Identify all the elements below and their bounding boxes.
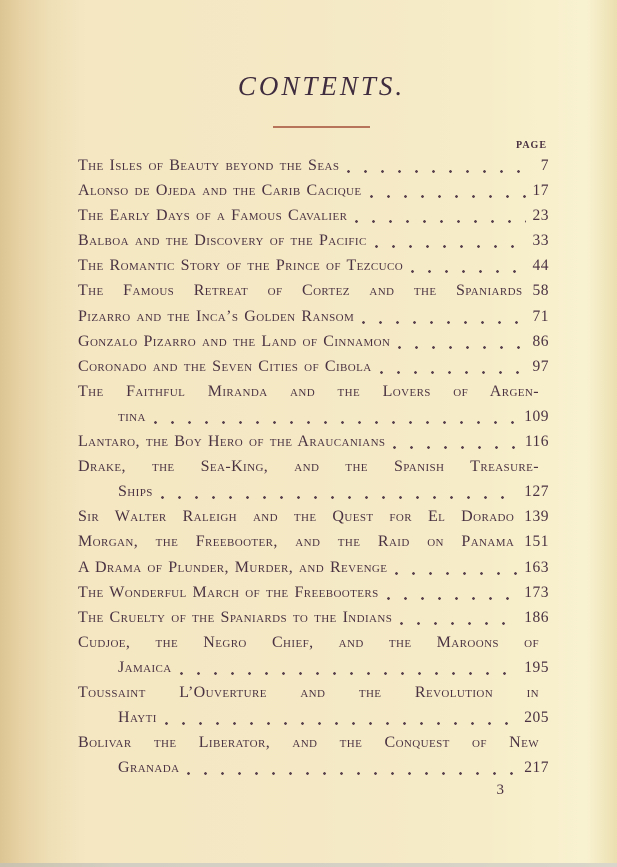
toc-entry-text: The Wonderful March of the Freebooters	[78, 580, 379, 605]
toc-row: Jamaica195	[78, 655, 549, 680]
toc-entry-text: Balboa and the Discovery of the Pacific	[78, 228, 367, 253]
toc-entry-text: Drake, the Sea-King, and the Spanish Tre…	[78, 454, 539, 479]
toc-row: Pizarro and the Inca’s Golden Ransom71	[78, 304, 549, 329]
toc-row: Hayti205	[78, 705, 549, 730]
toc-entry-text: Sir Walter Raleigh and the Quest for El …	[78, 504, 514, 529]
toc-entry-text: Jamaica	[118, 655, 172, 680]
toc-row: A Drama of Plunder, Murder, and Revenge1…	[78, 555, 549, 580]
toc-leader-dots	[159, 479, 518, 504]
toc-entry-text: The Famous Retreat of Cortez and the Spa…	[78, 278, 523, 303]
toc-row: Bolivar the Liberator, and the Conquest …	[78, 730, 549, 755]
toc-entry-text: Granada	[118, 755, 179, 780]
toc-row: Ships127	[78, 479, 549, 504]
toc-entry-text: A Drama of Plunder, Murder, and Revenge	[78, 555, 387, 580]
toc-row: Lantaro, the Boy Hero of the Araucanians…	[78, 429, 549, 454]
book-page: CONTENTS. PAGE The Isles of Beauty beyon…	[0, 0, 617, 867]
toc-page-number: 195	[524, 655, 549, 680]
toc-entry-text: The Isles of Beauty beyond the Seas	[78, 153, 339, 178]
toc-row: The Romantic Story of the Prince of Tezc…	[78, 253, 549, 278]
title-rule	[273, 126, 370, 128]
toc-row: Sir Walter Raleigh and the Quest for El …	[78, 504, 549, 529]
toc-row: Toussaint L’Ouverture and the Revolution…	[78, 680, 549, 705]
toc-entry-text: Coronado and the Seven Cities of Cibola	[78, 354, 372, 379]
toc-page-number: 127	[524, 479, 549, 504]
toc-entry-text: Cudjoe, the Negro Chief, and the Maroons…	[78, 630, 539, 655]
toc-page-number: 173	[524, 580, 549, 605]
toc-page-number: 151	[524, 529, 549, 554]
toc-page-number: 58	[533, 278, 550, 303]
toc-leader-dots	[353, 203, 525, 228]
toc-page-number: 109	[524, 404, 549, 429]
toc-entry-text: Morgan, the Freebooter, and the Raid on …	[78, 529, 514, 554]
toc-row: The Faithful Miranda and the Lovers of A…	[78, 379, 549, 404]
toc-row: Gonzalo Pizarro and the Land of Cinnamon…	[78, 329, 549, 354]
toc-leader-dots	[360, 304, 525, 329]
toc-entry-text: Gonzalo Pizarro and the Land of Cinnamon	[78, 329, 390, 354]
toc-leader-dots	[345, 153, 533, 178]
toc-leader-dots	[391, 429, 517, 454]
toc-entry-text: The Romantic Story of the Prince of Tezc…	[78, 253, 403, 278]
toc-page-number: 44	[533, 253, 550, 278]
toc-row: The Famous Retreat of Cortez and the Spa…	[78, 278, 549, 303]
toc-leader-dots	[385, 580, 518, 605]
toc-leader-dots	[398, 605, 517, 630]
table-of-contents: The Isles of Beauty beyond the Seas7Alon…	[78, 153, 549, 780]
toc-page-number: 97	[533, 354, 550, 379]
toc-row: The Cruelty of the Spaniards to the Indi…	[78, 605, 549, 630]
folio-page-number: 3	[78, 781, 549, 799]
toc-page-number: 17	[533, 178, 550, 203]
toc-row: Coronado and the Seven Cities of Cibola9…	[78, 354, 549, 379]
toc-row: The Early Days of a Famous Cavalier23	[78, 203, 549, 228]
toc-row: Alonso de Ojeda and the Carib Cacique17	[78, 178, 549, 203]
page-content: CONTENTS. PAGE The Isles of Beauty beyon…	[78, 70, 549, 799]
toc-page-number: 186	[524, 605, 549, 630]
toc-leader-dots	[152, 404, 517, 429]
toc-page-number: 23	[533, 203, 550, 228]
toc-entry-text: tina	[118, 404, 146, 429]
toc-row: The Wonderful March of the Freebooters17…	[78, 580, 549, 605]
toc-entry-text: Hayti	[118, 705, 157, 730]
toc-page-number: 116	[525, 429, 549, 454]
toc-row: tina109	[78, 404, 549, 429]
toc-entry-text: The Cruelty of the Spaniards to the Indi…	[78, 605, 392, 630]
toc-leader-dots	[163, 705, 517, 730]
toc-entry-text: Ships	[118, 479, 153, 504]
toc-leader-dots	[178, 655, 518, 680]
page-title: CONTENTS.	[86, 70, 557, 102]
toc-leader-dots	[368, 178, 526, 203]
toc-entry-text: Pizarro and the Inca’s Golden Ransom	[78, 304, 354, 329]
toc-page-number: 71	[533, 304, 550, 329]
toc-entry-text: Bolivar the Liberator, and the Conquest …	[78, 730, 539, 755]
toc-page-number: 217	[524, 755, 549, 780]
toc-page-number: 33	[533, 228, 550, 253]
toc-page-number: 163	[524, 555, 549, 580]
toc-entry-text: Toussaint L’Ouverture and the Revolution…	[78, 680, 539, 705]
toc-row: Granada217	[78, 755, 549, 780]
scan-bottom-edge	[0, 863, 617, 867]
toc-page-number: 139	[524, 504, 549, 529]
toc-row: Drake, the Sea-King, and the Spanish Tre…	[78, 454, 549, 479]
toc-page-number: 86	[533, 329, 550, 354]
toc-row: Cudjoe, the Negro Chief, and the Maroons…	[78, 630, 549, 655]
toc-leader-dots	[185, 755, 517, 780]
toc-leader-dots	[396, 329, 525, 354]
toc-page-number: 205	[524, 705, 549, 730]
toc-leader-dots	[373, 228, 526, 253]
toc-leader-dots	[378, 354, 526, 379]
toc-entry-text: Alonso de Ojeda and the Carib Cacique	[78, 178, 362, 203]
toc-leader-dots	[409, 253, 525, 278]
page-column-label: PAGE	[78, 140, 549, 152]
toc-row: The Isles of Beauty beyond the Seas7	[78, 153, 549, 178]
toc-entry-text: The Faithful Miranda and the Lovers of A…	[78, 379, 539, 404]
toc-row: Morgan, the Freebooter, and the Raid on …	[78, 529, 549, 554]
toc-leader-dots	[393, 555, 517, 580]
toc-page-number: 7	[541, 153, 549, 178]
toc-entry-text: Lantaro, the Boy Hero of the Araucanians	[78, 429, 385, 454]
toc-entry-text: The Early Days of a Famous Cavalier	[78, 203, 347, 228]
toc-row: Balboa and the Discovery of the Pacific3…	[78, 228, 549, 253]
